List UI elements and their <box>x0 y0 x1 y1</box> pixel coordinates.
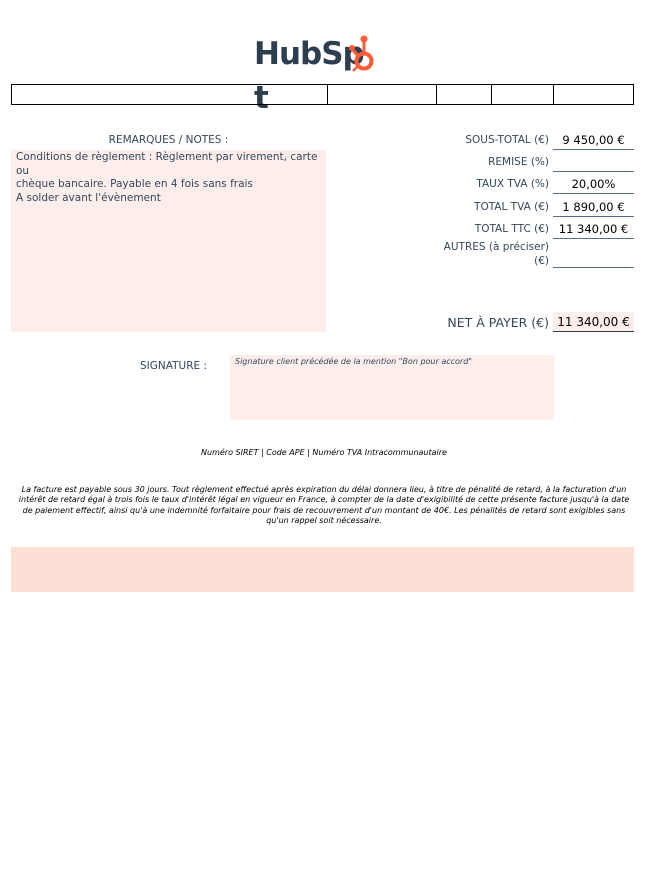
legal-notice: La facture est payable sous 30 jours. To… <box>18 485 630 526</box>
discount-label: REMISE (%) <box>488 155 549 169</box>
other-value[interactable] <box>553 249 634 268</box>
vat-total-label: TOTAL TVA (€) <box>474 200 549 214</box>
discount-value[interactable] <box>553 153 634 172</box>
notes-line: A solder avant l'évènement <box>16 192 321 206</box>
subtotal-value[interactable]: 9 450,00 € <box>553 131 634 150</box>
total-ttc-value[interactable]: 11 340,00 € <box>553 220 634 239</box>
notes-label: REMARQUES / NOTES : <box>11 134 326 146</box>
notes-line: chèque bancaire. Payable en 4 fois sans … <box>16 178 321 192</box>
footer-band <box>11 547 634 592</box>
invoice-header-table <box>11 84 634 105</box>
notes-field[interactable]: Conditions de règlement : Règlement par … <box>11 150 326 332</box>
signature-placeholder: Signature client précédée de la mention … <box>235 357 472 366</box>
subtotal-label: SOUS-TOTAL (€) <box>465 133 549 147</box>
net-to-pay-label: NET À PAYER (€) <box>447 315 549 330</box>
vat-rate-label: TAUX TVA (%) <box>476 177 549 191</box>
vat-rate-value[interactable]: 20,00% <box>553 175 634 194</box>
header-cell[interactable] <box>328 85 437 104</box>
sprocket-icon <box>349 32 381 76</box>
other-label: AUTRES (à préciser) (€) <box>444 240 549 268</box>
signature-label: SIGNATURE : <box>140 360 207 372</box>
notes-line: Conditions de règlement : Règlement par … <box>16 151 321 178</box>
signature-field[interactable]: Signature client précédée de la mention … <box>230 355 554 420</box>
header-cell[interactable] <box>554 85 633 104</box>
company-identifiers: Numéro SIRET | Code APE | Numéro TVA Int… <box>0 448 648 457</box>
total-ttc-label: TOTAL TTC (€) <box>475 222 549 236</box>
net-to-pay-value[interactable]: 11 340,00 € <box>553 312 634 332</box>
header-cell[interactable] <box>12 85 328 104</box>
hubspot-logo: HubSpt <box>254 32 400 76</box>
vat-total-value[interactable]: 1 890,00 € <box>553 198 634 217</box>
header-cell[interactable] <box>437 85 492 104</box>
header-cell[interactable] <box>492 85 554 104</box>
